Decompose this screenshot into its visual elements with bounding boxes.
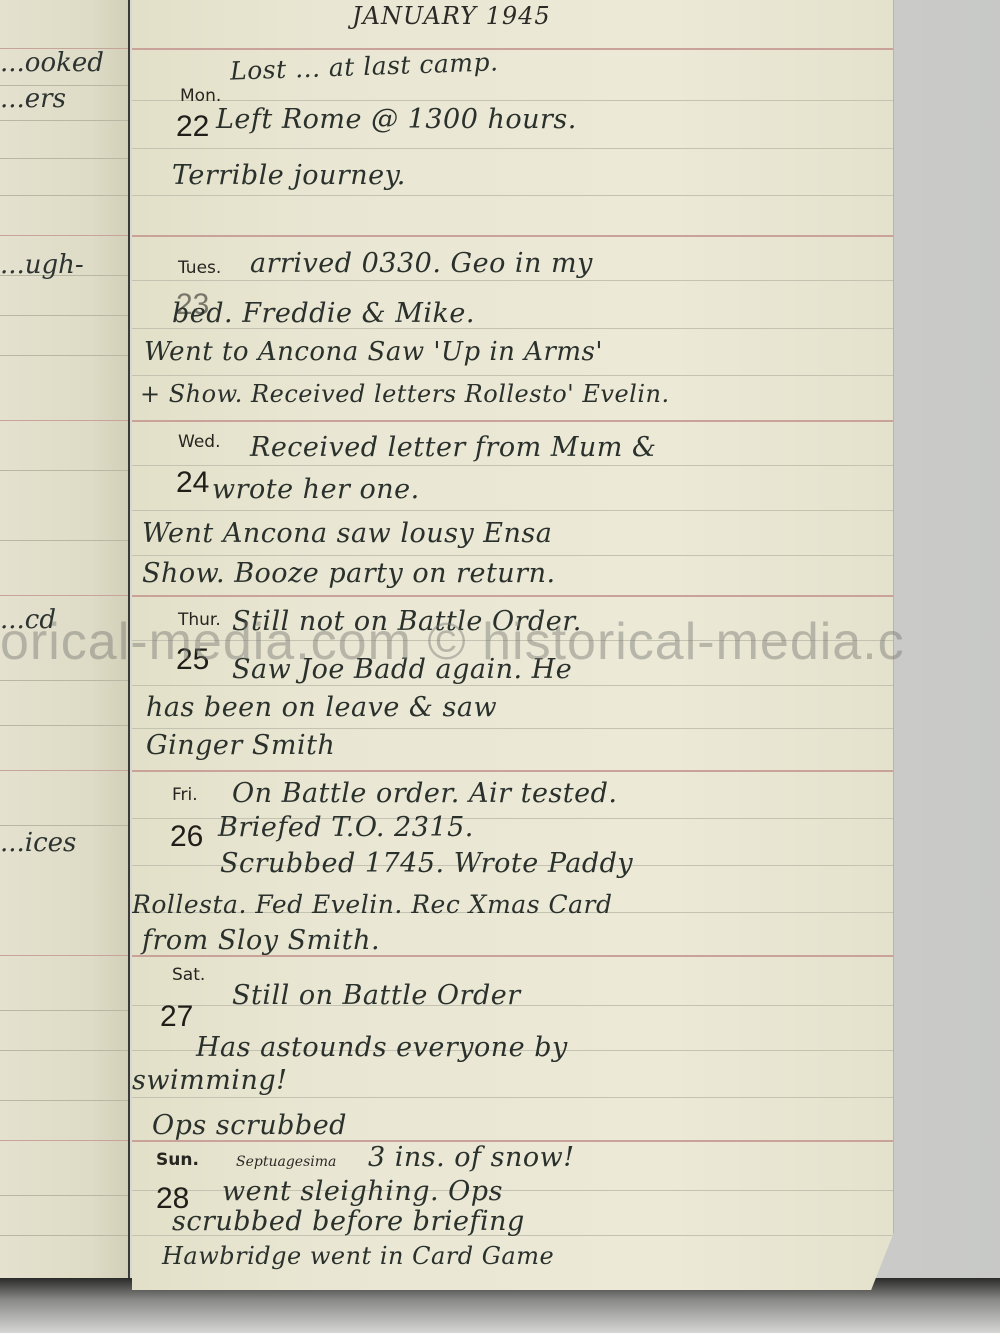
day-number: 22 bbox=[176, 110, 209, 144]
handwritten-line: Still not on Battle Order. bbox=[232, 606, 582, 637]
handwritten-line: Rollesta. Fed Evelin. Rec Xmas Card bbox=[132, 890, 612, 919]
left-page-fragment: ...ugh- bbox=[0, 250, 84, 280]
handwritten-line: from Sloy Smith. bbox=[142, 925, 380, 956]
day-label: Fri. bbox=[172, 785, 198, 805]
handwritten-line: bed. Freddie & Mike. bbox=[172, 298, 475, 329]
handwritten-line: Still on Battle Order bbox=[232, 980, 521, 1011]
handwritten-line: wrote her one. bbox=[212, 474, 420, 505]
day-number: 27 bbox=[160, 1000, 193, 1034]
month-header: JANUARY 1945 bbox=[352, 2, 551, 30]
left-facing-page: ...ooked ...ers ...ugh- ...cd ...ices bbox=[0, 0, 130, 1278]
handwritten-line: Went to Ancona Saw 'Up in Arms' bbox=[144, 337, 603, 367]
day-label: Sun. bbox=[156, 1150, 199, 1170]
day-number: 26 bbox=[170, 820, 203, 854]
handwritten-line: Has astounds everyone by bbox=[196, 1032, 568, 1063]
handwritten-line: Briefed T.O. 2315. bbox=[218, 812, 474, 843]
handwritten-line: 3 ins. of snow! bbox=[368, 1142, 575, 1173]
day-label: Sat. bbox=[172, 965, 205, 985]
diary-page: JANUARY 1945 Mon. 22 Lost ... at last ca… bbox=[132, 0, 894, 1290]
handwritten-line: swimming! bbox=[132, 1065, 287, 1096]
day-label: Thur. bbox=[178, 610, 221, 630]
left-page-fragment: ...cd bbox=[0, 605, 56, 635]
left-page-fragment: ...ooked bbox=[0, 48, 104, 78]
handwritten-line: arrived 0330. Geo in my bbox=[250, 248, 593, 279]
handwritten-line: Went Ancona saw lousy Ensa bbox=[142, 518, 552, 549]
handwritten-line: Left Rome @ 1300 hours. bbox=[216, 104, 577, 135]
handwritten-line: scrubbed before briefing bbox=[172, 1206, 525, 1237]
handwritten-line: went sleighing. Ops bbox=[222, 1176, 503, 1207]
handwritten-line: Scrubbed 1745. Wrote Paddy bbox=[220, 848, 633, 879]
handwritten-line: Terrible journey. bbox=[172, 160, 406, 191]
diary-photo: ...ooked ...ers ...ugh- ...cd ...ices bbox=[0, 0, 1000, 1333]
day-label: Wed. bbox=[178, 432, 220, 452]
day-number: 24 bbox=[176, 466, 209, 500]
feast-day-label: Septuagesima bbox=[236, 1154, 336, 1170]
handwritten-line: Received letter from Mum & bbox=[250, 432, 657, 463]
handwritten-line: Ops scrubbed bbox=[152, 1110, 347, 1141]
handwritten-line: Ginger Smith bbox=[146, 730, 335, 761]
handwritten-line: Hawbridge went in Card Game bbox=[162, 1242, 554, 1270]
handwritten-line: Saw Joe Badd again. He bbox=[232, 654, 572, 685]
handwritten-line: has been on leave & saw bbox=[146, 692, 497, 723]
left-page-fragment: ...ers bbox=[0, 84, 66, 114]
handwritten-line: + Show. Received letters Rollesto' Eveli… bbox=[140, 380, 670, 408]
handwritten-line: Lost ... at last camp. bbox=[230, 47, 499, 85]
day-label: Mon. bbox=[180, 86, 221, 106]
handwritten-line: On Battle order. Air tested. bbox=[232, 778, 617, 809]
handwritten-line: Show. Booze party on return. bbox=[142, 558, 556, 589]
day-number: 25 bbox=[176, 643, 209, 677]
left-page-fragment: ...ices bbox=[0, 828, 76, 858]
day-label: Tues. bbox=[178, 258, 221, 278]
